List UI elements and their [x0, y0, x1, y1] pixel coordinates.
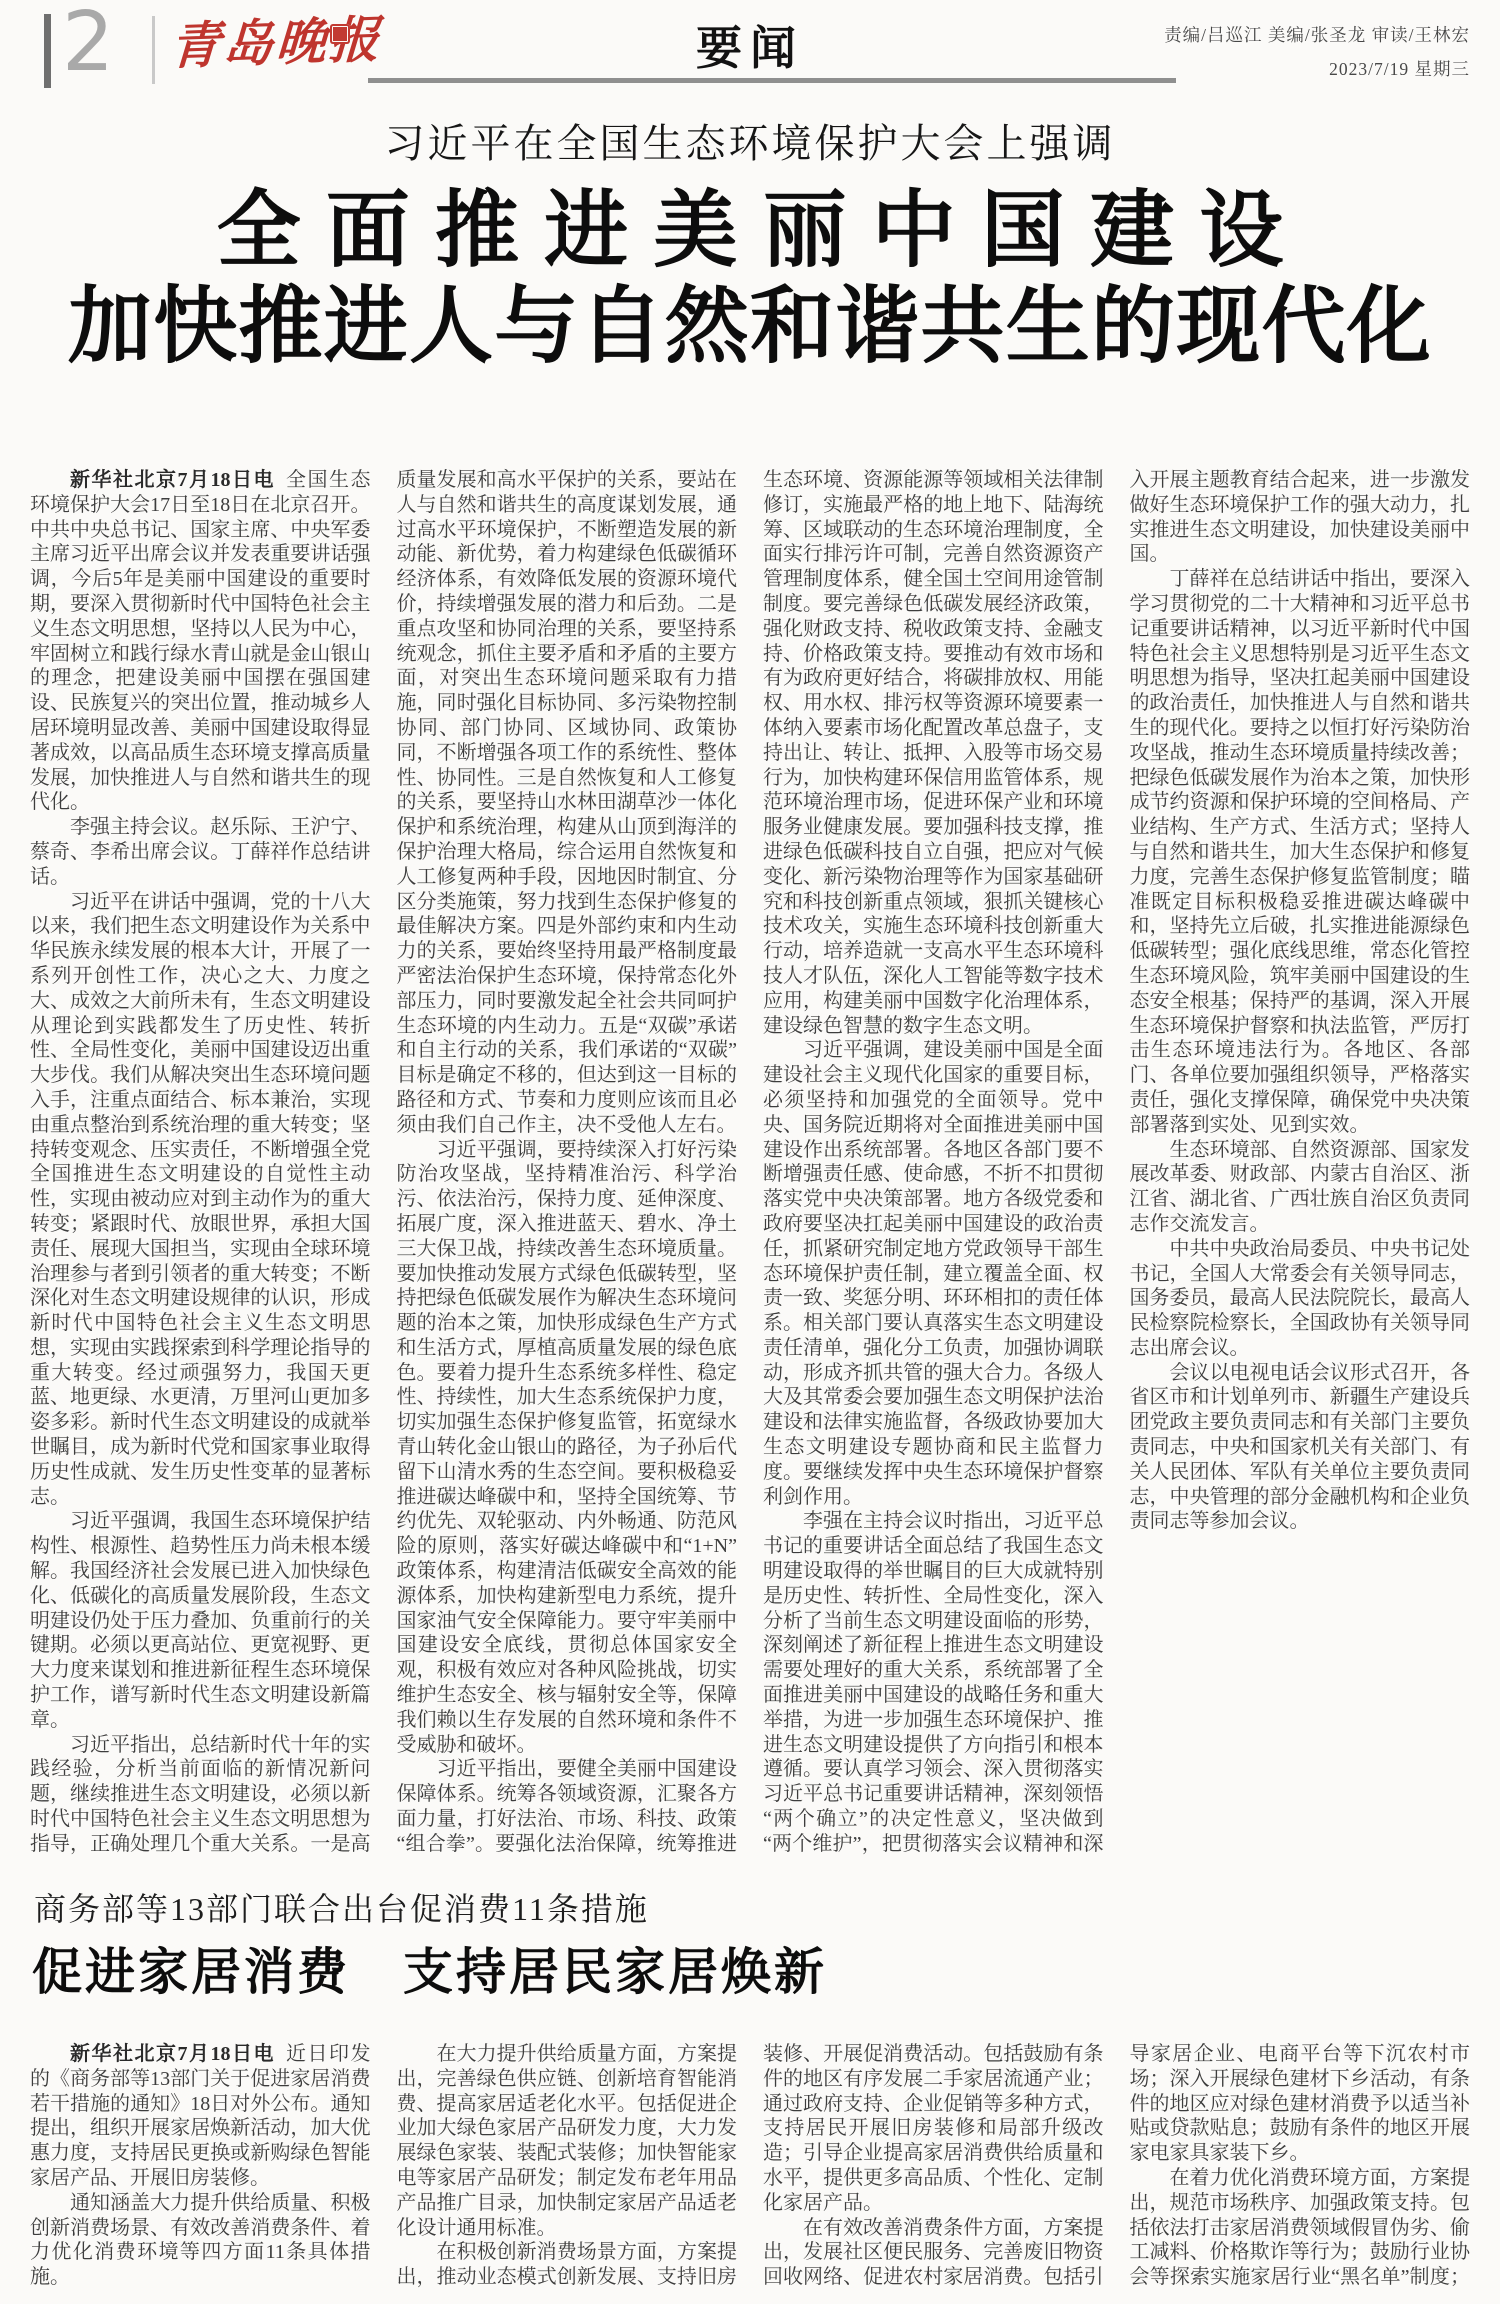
secondary-article-body: 新华社北京7月18日电近日印发的《商务部等13部门关于促进家居消费若干措施的通知…: [30, 2042, 1470, 2300]
article-paragraph: 新华社北京7月18日电全国生态环境保护大会17日至18日在北京召开。中共中央总书…: [30, 468, 371, 815]
article-paragraph: 通知涵盖大力提升供给质量、积极创新消费场景、有效改善消费条件、着力优化消费环境等…: [30, 2191, 371, 2290]
xinhua-dateline: 新华社北京7月18日电: [70, 2043, 286, 2065]
headline-line1: 全面推进美丽中国建设: [0, 183, 1500, 277]
article-paragraph: 李强主持会议。赵乐际、王沪宁、蔡奇、李希出席会议。丁薛祥作总结讲话。: [30, 815, 371, 889]
article-paragraph: 在大力提升供给质量方面，方案提出，完善绿色供应链、创新培育智能消费、提高家居适老…: [397, 2042, 738, 2240]
xinhua-dateline: 新华社北京7月18日电: [70, 469, 286, 491]
headline-kicker: 习近平在全国生态环境保护大会上强调: [0, 112, 1500, 169]
paragraph-text: 全国生态环境保护大会17日至18日在北京召开。中共中央总书记、国家主席、中央军委…: [30, 469, 371, 813]
editor-credits-line: 责编/吕巡江 美编/张圣龙 审读/王林宏: [1164, 18, 1470, 52]
main-article-body: 新华社北京7月18日电全国生态环境保护大会17日至18日在北京召开。中共中央总书…: [30, 468, 1470, 1864]
article-paragraph: 习近平强调，我国生态环境保护结构性、根源性、趋势性压力尚未根本缓解。我国经济社会…: [30, 1509, 371, 1732]
article-paragraph: 习近平强调，要持续深入打好污染防治攻坚战，坚持精准治污、科学治污、依法治污，保持…: [397, 1138, 738, 1758]
newspaper-page: 2 青岛晚报 要闻 责编/吕巡江 美编/张圣龙 审读/王林宏 2023/7/19…: [0, 0, 1500, 2304]
secondary-headline: 促进家居消费 支持居民家居焕新: [32, 1932, 827, 2004]
publish-date: 2023/7/19 星期三: [1164, 52, 1470, 86]
article-paragraph: 习近平强调，建设美丽中国是全面建设社会主义现代化国家的重要目标，必须坚持和加强党…: [763, 1038, 1104, 1509]
secondary-kicker: 商务部等13部门联合出台促消费11条措施: [34, 1884, 649, 1930]
article-paragraph: 丁薛祥在总结讲话中指出，要深入学习贯彻党的二十大精神和习近平总书记重要讲话精神，…: [1130, 567, 1471, 1137]
headline-line2: 加快推进人与自然和谐共生的现代化: [0, 277, 1500, 376]
article-paragraph: 新华社北京7月18日电近日印发的《商务部等13部门关于促进家居消费若干措施的通知…: [30, 2042, 371, 2191]
article-paragraph: 习近平在讲话中强调，党的十八大以来，我们把生态文明建设作为关系中华民族永续发展的…: [30, 890, 371, 1510]
article-paragraph: 会议以电视电话会议形式召开，各省区市和计划单列市、新疆生产建设兵团党政主要负责同…: [1130, 1361, 1471, 1535]
editor-credits: 责编/吕巡江 美编/张圣龙 审读/王林宏 2023/7/19 星期三: [1164, 18, 1470, 86]
header-rule: [368, 78, 1176, 83]
article-paragraph: 中共中央政治局委员、中央书记处书记，全国人大常委会有关领导同志，国务委员，最高人…: [1130, 1237, 1471, 1361]
main-headline-block: 习近平在全国生态环境保护大会上强调 全面推进美丽中国建设 加快推进人与自然和谐共…: [0, 112, 1500, 376]
page-header: 2 青岛晚报 要闻 责编/吕巡江 美编/张圣龙 审读/王林宏 2023/7/19…: [0, 0, 1500, 100]
article-paragraph: 生态环境部、自然资源部、国家发展改革委、财政部、内蒙古自治区、浙江省、湖北省、广…: [1130, 1138, 1471, 1237]
